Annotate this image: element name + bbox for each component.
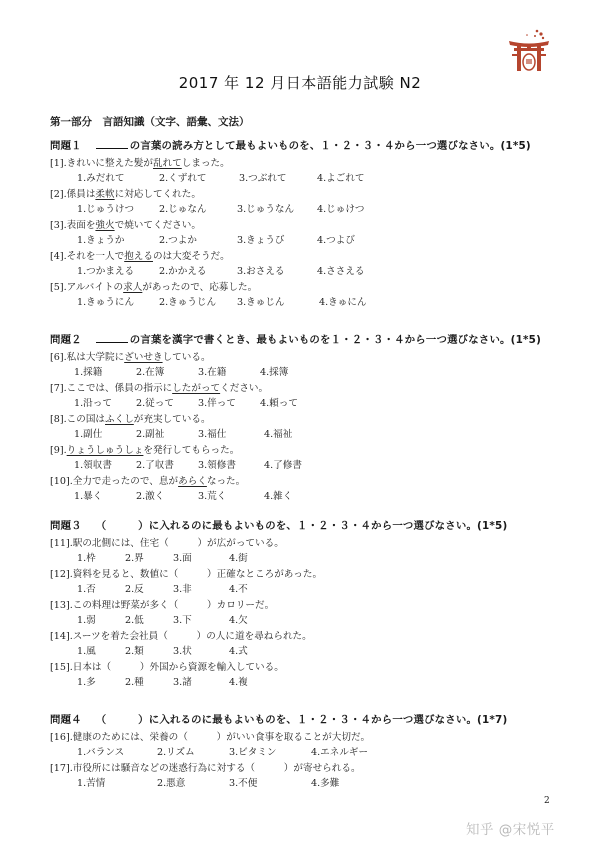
option[interactable]: 2.つよか xyxy=(159,233,237,249)
option[interactable]: 3.面 xyxy=(173,551,229,567)
section-label: 問題３ xyxy=(50,520,82,532)
option[interactable]: 4.頼って xyxy=(260,396,298,412)
underlined-target: 柔軟 xyxy=(95,189,114,200)
answer-options: 1.領収書2.了収書3.領修書4.了修書 xyxy=(50,458,580,474)
option[interactable]: 1.副仕 xyxy=(74,427,136,443)
question-stem: [6].私は大学院にざいせきしている。 xyxy=(50,350,580,365)
section-instruction: の言葉を漢字で書くとき、最もよいものを１・２・３・４から一つ選びなさい。(1*5… xyxy=(130,334,541,346)
question-stem: [9].りょうしゅうしょを発行してもらった。 xyxy=(50,443,580,458)
underlined-target: 乱れて xyxy=(153,158,182,169)
option[interactable]: 2.きゅうじん xyxy=(159,295,237,311)
question-stem: [15].日本は（ ）外国から資源を輸入している。 xyxy=(50,660,580,675)
underlined-target: 抱える xyxy=(124,251,153,262)
underlined-target: したがって xyxy=(172,383,220,394)
option[interactable]: 4.複 xyxy=(229,675,248,691)
option[interactable]: 4.街 xyxy=(229,551,248,567)
section-instruction: の言葉の読み方として最もよいものを、１・２・３・４から一つ選びなさい。(1*5) xyxy=(130,140,531,152)
underlined-target: ふくし xyxy=(105,414,134,425)
page-number: 2 xyxy=(544,796,550,806)
section-1: 問題１の言葉の読み方として最もよいものを、１・２・３・４から一つ選びなさい。(1… xyxy=(50,136,580,311)
option[interactable]: 3.諸 xyxy=(173,675,229,691)
option[interactable]: 1.苦情 xyxy=(77,776,157,792)
option[interactable]: 2.激く xyxy=(136,489,198,505)
answer-options: 1.みだれて2.くずれて3.つぶれて4.よごれて xyxy=(50,171,580,187)
section-heading: 問題２の言葉を漢字で書くとき、最もよいものを１・２・３・４から一つ選びなさい。(… xyxy=(50,330,580,350)
question-stem: [11].駅の北側には、住宅（ ）が広がっている。 xyxy=(50,536,580,551)
option[interactable]: 1.つかまえる xyxy=(77,264,159,280)
option[interactable]: 3.つぶれて xyxy=(239,171,317,187)
section-4: 問題４（ ）に入れるのに最もよいものを、１・２・３・４から一つ選びなさい。(1*… xyxy=(50,710,580,792)
torii-gate-logo-icon xyxy=(505,26,553,74)
option[interactable]: 4.了修書 xyxy=(264,458,302,474)
option[interactable]: 1.弱 xyxy=(77,613,125,629)
option[interactable]: 3.下 xyxy=(173,613,229,629)
option[interactable]: 1.沿って xyxy=(74,396,136,412)
option[interactable]: 4.雑く xyxy=(264,489,292,505)
option[interactable]: 1.多 xyxy=(77,675,125,691)
option[interactable]: 1.みだれて xyxy=(77,171,159,187)
option[interactable]: 2.反 xyxy=(125,582,173,598)
question-stem: [4].それを一人で抱えるのは大変そうだ。 xyxy=(50,249,580,264)
underlined-target: あらく xyxy=(178,476,207,487)
option[interactable]: 3.きゅじん xyxy=(237,295,319,311)
section-heading: 問題４（ ）に入れるのに最もよいものを、１・２・３・４から一つ選びなさい。(1*… xyxy=(50,710,580,730)
option[interactable]: 3.きょうび xyxy=(237,233,317,249)
option[interactable]: 4.つよび xyxy=(317,233,355,249)
section-label: 問題１ xyxy=(50,140,82,152)
option[interactable]: 4.ささえる xyxy=(317,264,365,280)
option[interactable]: 3.福仕 xyxy=(198,427,264,443)
section-label: 問題４ xyxy=(50,714,82,726)
option[interactable]: 4.欠 xyxy=(229,613,248,629)
section-2: 問題２の言葉を漢字で書くとき、最もよいものを１・２・３・４から一つ選びなさい。(… xyxy=(50,330,580,505)
option[interactable]: 1.風 xyxy=(77,644,125,660)
option[interactable]: 2.くずれて xyxy=(159,171,239,187)
answer-options: 1.じゅうけつ2.じゅなん3.じゅうなん4.じゅけつ xyxy=(50,202,580,218)
option[interactable]: 2.リズム xyxy=(157,745,229,761)
answer-options: 1.つかまえる2.かかえる3.おさえる4.ささえる xyxy=(50,264,580,280)
answer-options: 1.暴く2.激く3.荒く4.雑く xyxy=(50,489,580,505)
option[interactable]: 4.式 xyxy=(229,644,248,660)
option[interactable]: 4.採簿 xyxy=(260,365,288,381)
option[interactable]: 2.種 xyxy=(125,675,173,691)
blank-line xyxy=(96,136,128,149)
option[interactable]: 2.了収書 xyxy=(136,458,198,474)
option[interactable]: 2.じゅなん xyxy=(159,202,237,218)
option[interactable]: 2.在簿 xyxy=(136,365,198,381)
blank-parentheses: （ ） xyxy=(96,710,149,730)
answer-options: 1.風2.類3.状4.式 xyxy=(50,644,580,660)
answer-options: 1.バランス2.リズム3.ビタミン4.エネルギー xyxy=(50,745,580,761)
underlined-target: 強火 xyxy=(95,220,114,231)
question-stem: [8].この国はふくしが充実している。 xyxy=(50,412,580,427)
answer-options: 1.弱2.低3.下4.欠 xyxy=(50,613,580,629)
question-stem: [14].スーツを着た会社員（ ）の人に道を尋ねられた。 xyxy=(50,629,580,644)
blank-line xyxy=(96,330,128,343)
underlined-target: 求人 xyxy=(123,282,142,293)
option[interactable]: 3.不便 xyxy=(229,776,311,792)
document-title: 2017 年 12 月日本語能力試験 N2 xyxy=(0,72,600,93)
option[interactable]: 1.きょうか xyxy=(77,233,159,249)
option[interactable]: 2.かかえる xyxy=(159,264,237,280)
answer-options: 1.きゅうにん2.きゅうじん3.きゅじん4.きゅにん xyxy=(50,295,580,311)
option[interactable]: 1.否 xyxy=(77,582,125,598)
answer-options: 1.採籍2.在簿3.在籍4.採簿 xyxy=(50,365,580,381)
option[interactable]: 4.福祉 xyxy=(264,427,292,443)
answer-options: 1.多2.種3.諸4.複 xyxy=(50,675,580,691)
option[interactable]: 4.エネルギー xyxy=(311,745,368,761)
option[interactable]: 3.伴って xyxy=(198,396,260,412)
section-3: 問題３（ ）に入れるのに最もよいものを、１・２・３・４から一つ選びなさい。(1*… xyxy=(50,516,580,691)
option[interactable]: 3.在籍 xyxy=(198,365,260,381)
section-heading: 問題１の言葉の読み方として最もよいものを、１・２・３・４から一つ選びなさい。(1… xyxy=(50,136,580,156)
question-stem: [17].市役所には騒音などの迷惑行為に対する（ ）が寄せられる。 xyxy=(50,761,580,776)
option[interactable]: 1.領収書 xyxy=(74,458,136,474)
option[interactable]: 4.じゅけつ xyxy=(317,202,365,218)
option[interactable]: 1.暴く xyxy=(74,489,136,505)
underlined-target: ざいせき xyxy=(124,352,162,363)
answer-options: 1.沿って2.従って3.伴って4.頼って xyxy=(50,396,580,412)
question-stem: [7].ここでは、係員の指示にしたがってください。 xyxy=(50,381,580,396)
option[interactable]: 3.非 xyxy=(173,582,229,598)
option[interactable]: 3.じゅうなん xyxy=(237,202,317,218)
answer-options: 1.枠2.界3.面4.街 xyxy=(50,551,580,567)
question-stem: [1].きれいに整えた髪が乱れてしまった。 xyxy=(50,156,580,171)
option[interactable]: 3.領修書 xyxy=(198,458,264,474)
section-instruction: に入れるのに最もよいものを、１・２・３・４から一つ選びなさい。(1*5) xyxy=(149,520,508,532)
answer-options: 1.副仕2.副祉3.福仕4.福祉 xyxy=(50,427,580,443)
answer-options: 1.苦情2.悪意3.不便4.多難 xyxy=(50,776,580,792)
option[interactable]: 4.多難 xyxy=(311,776,339,792)
question-stem: [13].この料理は野菜が多く（ ）カロリーだ。 xyxy=(50,598,580,613)
option[interactable]: 4.よごれて xyxy=(317,171,365,187)
option[interactable]: 3.状 xyxy=(173,644,229,660)
question-stem: [5].アルバイトの求人があったので、応募した。 xyxy=(50,280,580,295)
option[interactable]: 2.界 xyxy=(125,551,173,567)
option[interactable]: 2.低 xyxy=(125,613,173,629)
section-heading: 問題３（ ）に入れるのに最もよいものを、１・２・３・４から一つ選びなさい。(1*… xyxy=(50,516,580,536)
option[interactable]: 3.ビタミン xyxy=(229,745,311,761)
option[interactable]: 1.枠 xyxy=(77,551,125,567)
option[interactable]: 1.きゅうにん xyxy=(77,295,159,311)
option[interactable]: 3.おさえる xyxy=(237,264,317,280)
section-label: 問題２ xyxy=(50,334,82,346)
option[interactable]: 3.荒く xyxy=(198,489,264,505)
option[interactable]: 4.不 xyxy=(229,582,248,598)
question-stem: [16].健康のためには、栄養の（ ）がいい食事を取ることが大切だ。 xyxy=(50,730,580,745)
option[interactable]: 2.類 xyxy=(125,644,173,660)
underlined-target: りょうしゅうしょ xyxy=(67,445,144,456)
question-stem: [2].係員は柔軟に対応してくれた。 xyxy=(50,187,580,202)
option[interactable]: 1.じゅうけつ xyxy=(77,202,159,218)
answer-options: 1.きょうか2.つよか3.きょうび4.つよび xyxy=(50,233,580,249)
section-instruction: に入れるのに最もよいものを、１・２・３・４から一つ選びなさい。(1*7) xyxy=(149,714,508,726)
option[interactable]: 2.悪意 xyxy=(157,776,229,792)
option[interactable]: 4.きゅにん xyxy=(319,295,367,311)
option[interactable]: 2.従って xyxy=(136,396,198,412)
blank-parentheses: （ ） xyxy=(96,516,149,536)
option[interactable]: 1.採籍 xyxy=(74,365,136,381)
option[interactable]: 1.バランス xyxy=(77,745,157,761)
part-heading: 第一部分 言語知識（文字、語彙、文法） xyxy=(50,114,250,129)
question-stem: [3].表面を強火で焼いてください。 xyxy=(50,218,580,233)
answer-options: 1.否2.反3.非4.不 xyxy=(50,582,580,598)
question-stem: [10].全力で走ったので、息があらくなった。 xyxy=(50,474,580,489)
question-stem: [12].資料を見ると、数値に（ ）正確なところがあった。 xyxy=(50,567,580,582)
option[interactable]: 2.副祉 xyxy=(136,427,198,443)
watermark: 知乎 @宋悦平 xyxy=(466,818,555,838)
